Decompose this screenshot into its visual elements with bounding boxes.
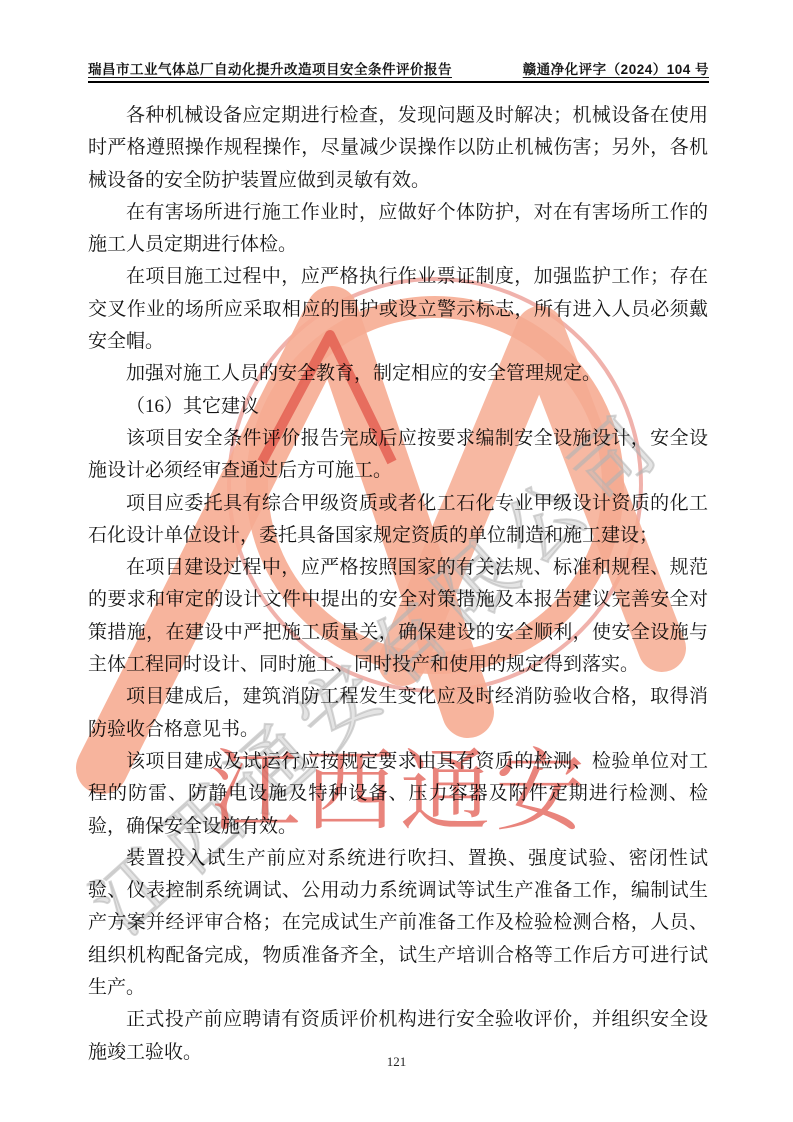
- page-footer: 121: [0, 1054, 793, 1070]
- header-title: 瑞昌市工业气体总厂自动化提升改造项目安全条件评价报告: [88, 58, 452, 78]
- header-doc-number: 赣通净化评字（2024）104 号: [523, 58, 709, 78]
- page-number: 121: [387, 1054, 407, 1069]
- document-page: 瑞昌市工业气体总厂自动化提升改造项目安全条件评价报告 赣通净化评字（2024）1…: [0, 0, 793, 1122]
- paragraph: 在项目建设过程中，应严格按照国家的有关法规、标准和规程、规范的要求和审定的设计文…: [88, 552, 708, 681]
- paragraph: 各种机械设备应定期进行检查，发现问题及时解决；机械设备在使用时严格遵照操作规程操…: [88, 100, 708, 197]
- paragraph: 加强对施工人员的安全教育，制定相应的安全管理规定。: [88, 358, 708, 390]
- paragraph: 装置投入试生产前应对系统进行吹扫、置换、强度试验、密闭性试验、仪表控制系统调试、…: [88, 843, 708, 1004]
- paragraph: 项目应委托具有综合甲级资质或者化工石化专业甲级设计资质的化工石化设计单位设计，委…: [88, 488, 708, 553]
- document-body: 各种机械设备应定期进行检查，发现问题及时解决；机械设备在使用时严格遵照操作规程操…: [88, 100, 708, 1069]
- paragraph: 在有害场所进行施工作业时，应做好个体防护，对在有害场所工作的施工人员定期进行体检…: [88, 197, 708, 262]
- paragraph: 该项目建成及试运行应按规定要求由具有资质的检测、检验单位对工程的防雷、防静电设施…: [88, 746, 708, 843]
- paragraph: 在项目施工过程中，应严格执行作业票证制度，加强监护工作；存在交叉作业的场所应采取…: [88, 261, 708, 358]
- page-header: 瑞昌市工业气体总厂自动化提升改造项目安全条件评价报告 赣通净化评字（2024）1…: [88, 58, 709, 83]
- paragraph: 该项目安全条件评价报告完成后应按要求编制安全设施设计，安全设施设计必须经审查通过…: [88, 423, 708, 488]
- section-heading: （16）其它建议: [88, 391, 708, 423]
- paragraph: 项目建成后，建筑消防工程发生变化应及时经消防验收合格，取得消防验收合格意见书。: [88, 681, 708, 746]
